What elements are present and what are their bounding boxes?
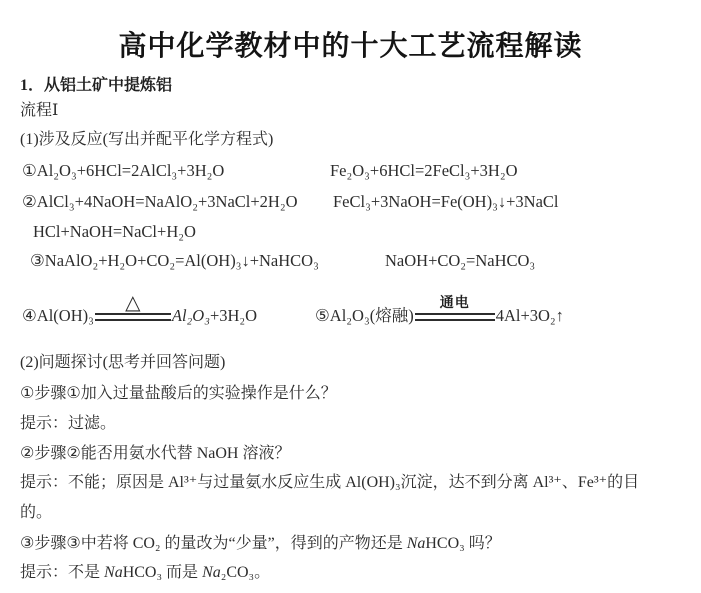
hint-2-line-2: 的。 — [20, 503, 52, 523]
equation-1-right: Fe₂O₃+6HCl=2FeCl₃+3H₂O — [330, 161, 518, 181]
hint-3: 提示：不是 NaHCO₃ 而是 Na₂CO₃。 — [20, 563, 270, 583]
double-line-equals — [415, 313, 495, 321]
question-1: ①步骤①加入过量盐酸后的实验操作是什么？ — [20, 384, 337, 404]
equation-5-condition-stack: 通电 — [415, 296, 495, 327]
equation-4-rhs: Al₂O₃+3H₂O — [172, 305, 257, 327]
hint-2-line-1: 提示：不能；原因是 Al³⁺与过量氨水反应生成 Al(OH)₃沉淀，达不到分离 … — [20, 473, 639, 493]
equation-2b-left: HCl+NaOH=NaCl+H₂O — [33, 222, 196, 242]
equation-3-left: ③NaAlO₂+H₂O+CO₂=Al(OH)₃↓+NaHCO₃ — [30, 251, 319, 271]
equation-2-right: FeCl₃+3NaOH=Fe(OH)₃↓+3NaCl — [333, 192, 558, 212]
document-page: 高中化学教材中的十大工艺流程解读 1．从铝土矿中提炼铝 流程Ⅰ (1)涉及反应(… — [0, 0, 701, 593]
equation-1-left: ①Al₂O₃+6HCl=2AlCl₃+3H₂O — [22, 161, 224, 181]
double-line-equals — [95, 313, 171, 321]
equation-5-lhs: ⑤Al₂O₃(熔融) — [315, 305, 414, 327]
question-3: ③步骤③中若将 CO₂ 的量改为“少量”，得到的产物还是 NaHCO₃ 吗？ — [20, 534, 501, 554]
electrify-condition-label: 通电 — [440, 296, 470, 311]
equation-2-left: ②AlCl₃+4NaOH=NaAlO₂+3NaCl+2H₂O — [22, 192, 298, 212]
hint-1: 提示：过滤。 — [20, 414, 116, 434]
heat-triangle-icon: △ — [125, 293, 140, 313]
section-heading: 1．从铝土矿中提炼铝 — [20, 72, 172, 95]
discussion-heading: (2)问题探讨(思考并回答问题) — [20, 353, 225, 373]
equation-5-rhs: 4Al+3O₂↑ — [496, 305, 564, 327]
reactions-heading: (1)涉及反应(写出并配平化学方程式) — [20, 130, 273, 150]
doc-title: 高中化学教材中的十大工艺流程解读 — [0, 24, 701, 64]
equation-3-right: NaOH+CO₂=NaHCO₃ — [385, 251, 535, 271]
equation-4: ④Al(OH)₃ △ Al₂O₃+3H₂O — [22, 293, 257, 327]
equation-4-lhs: ④Al(OH)₃ — [22, 305, 94, 327]
equation-5: ⑤Al₂O₃(熔融) 通电 4Al+3O₂↑ — [315, 296, 564, 327]
process-label: 流程Ⅰ — [20, 101, 58, 121]
equation-4-condition-stack: △ — [95, 293, 171, 327]
question-2: ②步骤②能否用氨水代替 NaOH 溶液？ — [20, 444, 290, 464]
